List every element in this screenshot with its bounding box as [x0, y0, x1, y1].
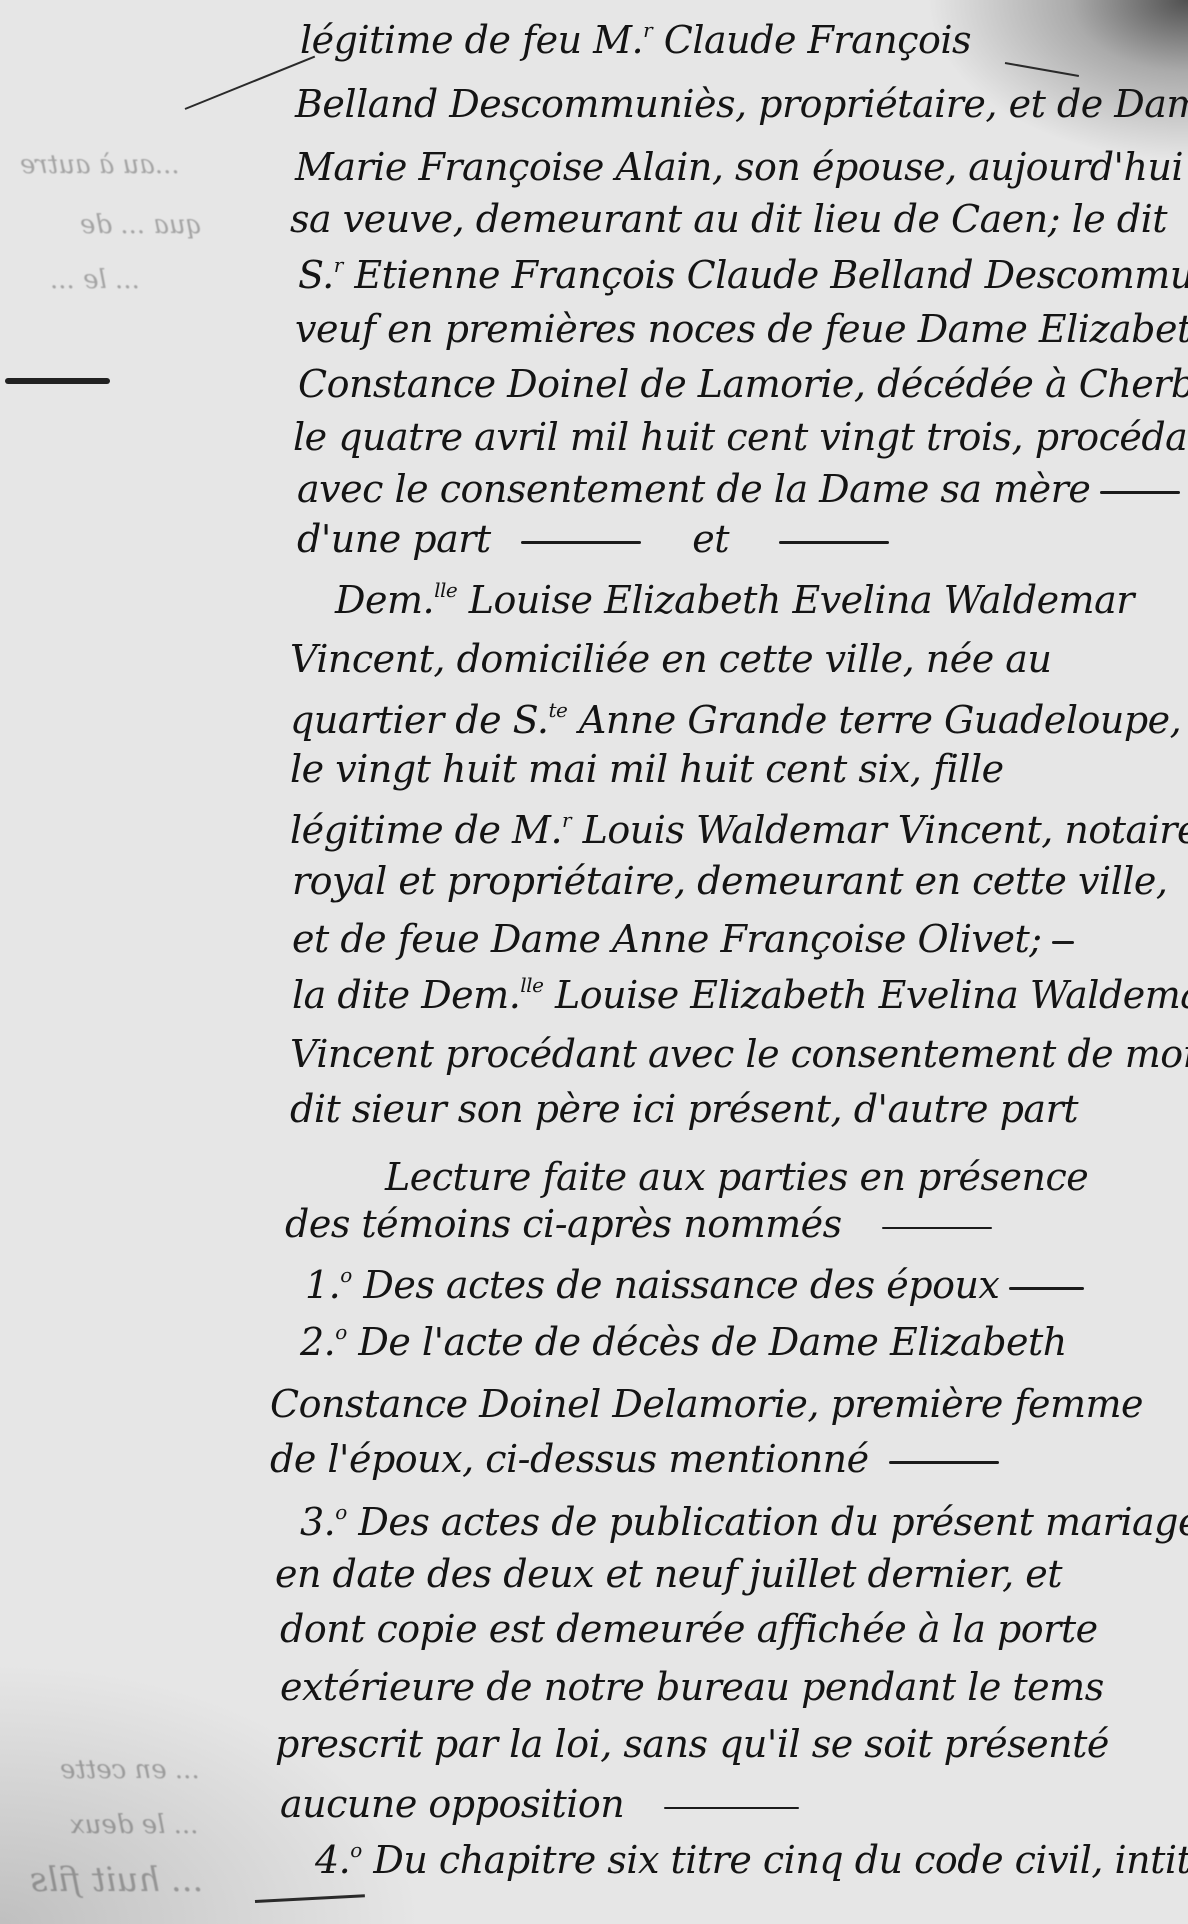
record-line-26: de l'époux, ci-dessus mentionné: [270, 1440, 999, 1478]
record-line-31: prescrit par la loi, sans qu'il se soit …: [275, 1725, 1109, 1763]
record-line-9: avec le consentement de la Dame sa mère: [297, 470, 1180, 508]
record-line-18: la dite Dem.lle Louise Elizabeth Evelina…: [292, 975, 1188, 1014]
record-line-25: Constance Doinel Delamorie, première fem…: [270, 1385, 1143, 1423]
bleed-through-text: ... le ...: [50, 265, 140, 295]
record-line-28: en date des deux et neuf juillet dernier…: [275, 1555, 1062, 1593]
bleed-through-text: qua ... de: [80, 210, 202, 240]
record-line-7: Constance Doinel de Lamorie, décédée à C…: [298, 365, 1188, 403]
record-line-14: le vingt huit mai mil huit cent six, fil…: [290, 750, 1004, 788]
record-line-1: légitime de feu M.r Claude François: [300, 20, 971, 59]
record-line-17: et de feue Dame Anne Françoise Olivet;: [292, 920, 1074, 958]
margin-dash-mark: [5, 378, 110, 384]
record-line-8: le quatre avril mil huit cent vingt troi…: [293, 418, 1188, 456]
bleed-through-text: ...au à autre: [20, 150, 180, 180]
record-line-20: dit sieur son père ici présent, d'autre …: [290, 1090, 1078, 1128]
record-line-10: d'une part et: [297, 520, 889, 558]
record-line-5: S.r Etienne François Claude Belland Desc…: [298, 255, 1188, 294]
record-line-4: sa veuve, demeurant au dit lieu de Caen;…: [290, 200, 1167, 238]
record-line-23: 1.o Des actes de naissance des époux: [305, 1265, 1084, 1304]
record-line-24: 2.o De l'acte de décès de Dame Elizabeth: [300, 1322, 1067, 1361]
bleed-through-text: ... le deux: [70, 1810, 198, 1840]
record-line-19: Vincent procédant avec le consentement d…: [290, 1035, 1188, 1073]
record-line-15: légitime de M.r Louis Waldemar Vincent, …: [290, 810, 1188, 849]
record-line-11: Dem.lle Louise Elizabeth Evelina Waldema…: [335, 580, 1134, 619]
record-line-16: royal et propriétaire, demeurant en cett…: [292, 862, 1168, 900]
record-line-22: des témoins ci-après nommés: [285, 1205, 992, 1243]
record-line-3: Marie Françoise Alain, son épouse, aujou…: [295, 148, 1183, 186]
bleed-through-text: ... huit fils: [30, 1860, 203, 1900]
bleed-through-text: ... en cette: [60, 1755, 200, 1785]
record-line-29: dont copie est demeurée affichée à la po…: [280, 1610, 1098, 1648]
record-line-13: quartier de S.te Anne Grande terre Guade…: [290, 700, 1181, 739]
record-line-27: 3.o Des actes de publication du présent …: [300, 1502, 1188, 1541]
record-line-2: Belland Descommuniès, propriétaire, et d…: [295, 85, 1188, 123]
underline-flourish: [255, 1894, 365, 1903]
record-line-6: veuf en premières noces de feue Dame Eli…: [295, 310, 1188, 348]
record-line-32: aucune opposition: [280, 1785, 799, 1823]
record-line-30: extérieure de notre bureau pendant le te…: [280, 1668, 1104, 1706]
record-line-12: Vincent, domiciliée en cette ville, née …: [290, 640, 1051, 678]
continuation-flourish: [1005, 62, 1079, 77]
record-line-33: 4.o Du chapitre six titre cinq du code c…: [315, 1840, 1188, 1879]
document-page: ...au à autre qua ... de ... le ... ... …: [0, 0, 1188, 1924]
record-line-21: Lecture faite aux parties en présence: [385, 1158, 1088, 1196]
